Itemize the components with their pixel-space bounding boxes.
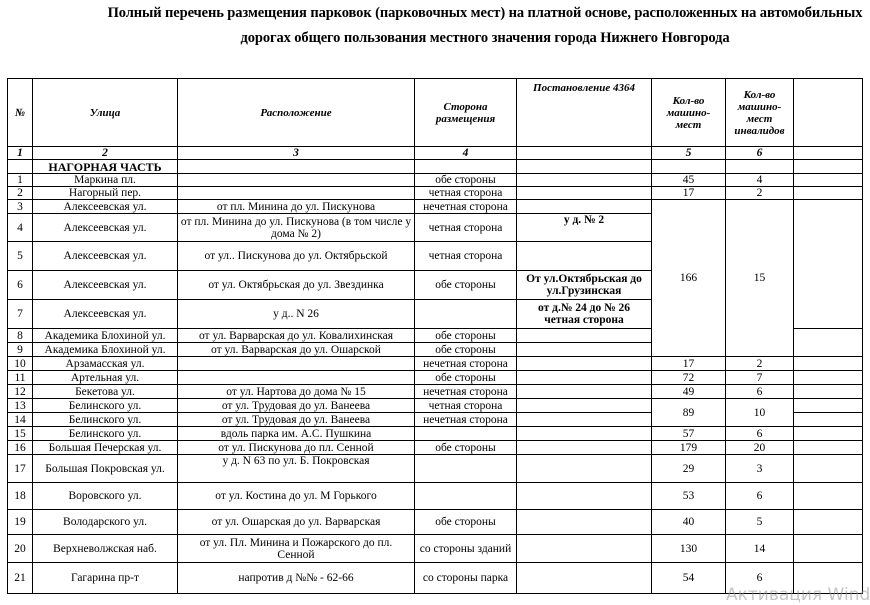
disabled-spaces-count: 6 — [726, 427, 794, 441]
street-name: Маркина пл. — [33, 174, 178, 187]
location: у д.. N 26 — [178, 300, 415, 329]
placement-side: обе стороны — [415, 441, 517, 455]
table-row: 18Воровского ул.от ул. Костина до ул. М … — [8, 483, 863, 510]
header-side: Сторона размещения — [415, 79, 517, 147]
decree-note — [517, 535, 652, 563]
location: от ул. Трудовая до ул. Ванеева — [178, 399, 415, 413]
placement-side: нечетная сторона — [415, 200, 517, 214]
table-row: 20Верхневолжская наб.от ул. Пл. Минина и… — [8, 535, 863, 563]
header-disabled-spaces: Кол-во машино-мест инвалидов — [726, 79, 794, 147]
disabled-spaces-count: 7 — [726, 371, 794, 385]
row-number: 2 — [8, 187, 33, 200]
location — [178, 174, 415, 187]
disabled-spaces-count: 3 — [726, 455, 794, 483]
placement-side: нечетная сторона — [415, 357, 517, 371]
index-cell — [794, 147, 863, 160]
decree-note — [517, 357, 652, 371]
spaces-count: 49 — [652, 385, 726, 399]
decree-note: у д. № 2 — [517, 214, 652, 242]
placement-side: нечетная сторона — [415, 385, 517, 399]
disabled-spaces-count: 4 — [726, 174, 794, 187]
table-row: 13Белинского ул.от ул. Трудовая до ул. В… — [8, 399, 863, 413]
extra-cell — [794, 535, 863, 563]
spaces-count: 166 — [652, 200, 726, 357]
extra-cell — [794, 187, 863, 200]
extra-cell — [794, 357, 863, 371]
table-row: 10Арзамасская ул.нечетная сторона172 — [8, 357, 863, 371]
street-name: Алексеевская ул. — [33, 242, 178, 271]
street-name: Володарского ул. — [33, 510, 178, 535]
placement-side: четная сторона — [415, 399, 517, 413]
placement-side: со стороны парка — [415, 563, 517, 594]
index-cell: 3 — [178, 147, 415, 160]
placement-side: обе стороны — [415, 510, 517, 535]
table-row: 1Маркина пл.обе стороны454 — [8, 174, 863, 187]
street-name: Академика Блохиной ул. — [33, 343, 178, 357]
parking-table: № Улица Расположение Сторона размещения … — [7, 78, 863, 594]
row-number: 3 — [8, 200, 33, 214]
placement-side — [415, 300, 517, 329]
spaces-count: 54 — [652, 563, 726, 594]
location: от ул. Ошарская до ул. Варварская — [178, 510, 415, 535]
disabled-spaces-count: 6 — [726, 483, 794, 510]
document-title-line-1: Полный перечень размещения парковок (пар… — [60, 5, 870, 22]
decree-note — [517, 399, 652, 413]
table-row: 3Алексеевская ул.от пл. Минина до ул. Пи… — [8, 200, 863, 214]
spaces-count: 72 — [652, 371, 726, 385]
table-row: 16Большая Печерская ул.от ул. Пискунова … — [8, 441, 863, 455]
index-cell: 2 — [33, 147, 178, 160]
table-row: 11Артельная ул.обе стороны727 — [8, 371, 863, 385]
decree-note — [517, 427, 652, 441]
row-number: 16 — [8, 441, 33, 455]
row-number: 5 — [8, 242, 33, 271]
placement-side — [415, 455, 517, 483]
header-location: Расположение — [178, 79, 415, 147]
extra-cell — [794, 441, 863, 455]
street-name: Воровского ул. — [33, 483, 178, 510]
row-number: 9 — [8, 343, 33, 357]
extra-cell — [794, 455, 863, 483]
decree-note — [517, 441, 652, 455]
location: от пл. Минина до ул. Пискунова (в том чи… — [178, 214, 415, 242]
row-number: 1 — [8, 174, 33, 187]
spaces-count: 17 — [652, 357, 726, 371]
location: от ул. Варварская до ул. Ковалихинская — [178, 329, 415, 343]
header-num: № — [8, 79, 33, 147]
decree-note — [517, 510, 652, 535]
header-row: № Улица Расположение Сторона размещения … — [8, 79, 863, 147]
street-name: Академика Блохиной ул. — [33, 329, 178, 343]
decree-note — [517, 455, 652, 483]
row-number: 4 — [8, 214, 33, 242]
spaces-count: 29 — [652, 455, 726, 483]
street-name: Артельная ул. — [33, 371, 178, 385]
placement-side: обе стороны — [415, 343, 517, 357]
table-row: 15Белинского ул.вдоль парка им. А.С. Пуш… — [8, 427, 863, 441]
decree-note — [517, 563, 652, 594]
spaces-count: 53 — [652, 483, 726, 510]
street-name: Гагарина пр-т — [33, 563, 178, 594]
extra-cell — [794, 385, 863, 399]
table-row: 17Большая Покровская ул.у д. N 63 по ул.… — [8, 455, 863, 483]
decree-note: от д.№ 24 до № 26 четная сторона — [517, 300, 652, 329]
decree-note — [517, 413, 652, 427]
placement-side — [415, 483, 517, 510]
placement-side: обе стороны — [415, 329, 517, 343]
extra-cell — [794, 413, 863, 427]
location: вдоль парка им. А.С. Пушкина — [178, 427, 415, 441]
street-name: Алексеевская ул. — [33, 271, 178, 300]
disabled-spaces-count: 20 — [726, 441, 794, 455]
row-number: 21 — [8, 563, 33, 594]
disabled-spaces-count: 6 — [726, 385, 794, 399]
placement-side: обе стороны — [415, 371, 517, 385]
row-number: 17 — [8, 455, 33, 483]
row-number: 18 — [8, 483, 33, 510]
row-number: 20 — [8, 535, 33, 563]
index-cell: 4 — [415, 147, 517, 160]
disabled-spaces-count: 14 — [726, 535, 794, 563]
disabled-spaces-count: 2 — [726, 357, 794, 371]
spaces-count: 89 — [652, 399, 726, 427]
street-name: Нагорный пер. — [33, 187, 178, 200]
row-number: 12 — [8, 385, 33, 399]
street-name: Белинского ул. — [33, 399, 178, 413]
index-cell — [517, 147, 652, 160]
extra-cell — [794, 200, 863, 329]
decree-note — [517, 200, 652, 214]
street-name: Бекетова ул. — [33, 385, 178, 399]
extra-cell — [794, 427, 863, 441]
decree-note — [517, 329, 652, 343]
street-name: Верхневолжская наб. — [33, 535, 178, 563]
location — [178, 187, 415, 200]
spaces-count: 57 — [652, 427, 726, 441]
location: от ул. Пискунова до пл. Сенной — [178, 441, 415, 455]
decree-note — [517, 483, 652, 510]
decree-note — [517, 385, 652, 399]
table-row: 2Нагорный пер.четная сторона172 — [8, 187, 863, 200]
decree-note — [517, 343, 652, 357]
section-row: НАГОРНАЯ ЧАСТЬ — [8, 160, 863, 174]
decree-note — [517, 242, 652, 271]
index-cell: 1 — [8, 147, 33, 160]
extra-cell — [794, 399, 863, 413]
street-name: Алексеевская ул. — [33, 200, 178, 214]
decree-note — [517, 187, 652, 200]
location: напротив д №№ - 62-66 — [178, 563, 415, 594]
disabled-spaces-count: 10 — [726, 399, 794, 427]
placement-side: четная сторона — [415, 214, 517, 242]
extra-cell — [794, 174, 863, 187]
extra-cell — [794, 510, 863, 535]
header-extra — [794, 79, 863, 147]
extra-cell — [794, 371, 863, 385]
header-street: Улица — [33, 79, 178, 147]
disabled-spaces-count: 2 — [726, 187, 794, 200]
row-number: 6 — [8, 271, 33, 300]
table-row: 12Бекетова ул.от ул. Нартова до дома № 1… — [8, 385, 863, 399]
row-number: 15 — [8, 427, 33, 441]
street-name: Большая Печерская ул. — [33, 441, 178, 455]
decree-note: От ул.Октябрьская до ул.Грузинская — [517, 271, 652, 300]
placement-side: обе стороны — [415, 174, 517, 187]
row-number: 11 — [8, 371, 33, 385]
spaces-count: 179 — [652, 441, 726, 455]
index-cell: 6 — [726, 147, 794, 160]
windows-activation-watermark: Активация Windows — [726, 585, 870, 605]
header-spaces: Кол-во машино-мест — [652, 79, 726, 147]
extra-cell — [794, 483, 863, 510]
row-number: 8 — [8, 329, 33, 343]
row-number: 13 — [8, 399, 33, 413]
section-title: НАГОРНАЯ ЧАСТЬ — [33, 160, 178, 174]
document-title-line-2: дорогах общего пользования местного знач… — [60, 30, 870, 47]
street-name: Большая Покровская ул. — [33, 455, 178, 483]
decree-note — [517, 174, 652, 187]
placement-side — [415, 427, 517, 441]
street-name: Арзамасская ул. — [33, 357, 178, 371]
disabled-spaces-count: 15 — [726, 200, 794, 357]
table-row: 19Володарского ул.от ул. Ошарская до ул.… — [8, 510, 863, 535]
location — [178, 371, 415, 385]
disabled-spaces-count: 5 — [726, 510, 794, 535]
index-cell: 5 — [652, 147, 726, 160]
spaces-count: 45 — [652, 174, 726, 187]
placement-side: со стороны зданий — [415, 535, 517, 563]
location: от пл. Минина до ул. Пискунова — [178, 200, 415, 214]
row-number: 7 — [8, 300, 33, 329]
column-index-row: 1 2 3 4 5 6 — [8, 147, 863, 160]
placement-side: нечетная сторона — [415, 413, 517, 427]
location: от ул. Трудовая до ул. Ванеева — [178, 413, 415, 427]
location: от ул.. Пискунова до ул. Октябрьской — [178, 242, 415, 271]
spaces-count: 40 — [652, 510, 726, 535]
location: от ул. Нартова до дома № 15 — [178, 385, 415, 399]
extra-cell — [794, 329, 863, 357]
row-number: 19 — [8, 510, 33, 535]
street-name: Алексеевская ул. — [33, 214, 178, 242]
placement-side: обе стороны — [415, 271, 517, 300]
decree-note — [517, 371, 652, 385]
location: от ул. Пл. Минина и Пожарского до пл. Се… — [178, 535, 415, 563]
location: от ул. Октябрьская до ул. Звездинка — [178, 271, 415, 300]
street-name: Белинского ул. — [33, 427, 178, 441]
header-decree: Постановление 4364 — [517, 79, 652, 147]
street-name: Белинского ул. — [33, 413, 178, 427]
spaces-count: 130 — [652, 535, 726, 563]
location — [178, 357, 415, 371]
placement-side: четная сторона — [415, 187, 517, 200]
row-number: 10 — [8, 357, 33, 371]
location: от ул. Костина до ул. М Горького — [178, 483, 415, 510]
location: от ул. Варварская до ул. Ошарской — [178, 343, 415, 357]
location: у д. N 63 по ул. Б. Покровская — [178, 455, 415, 483]
spaces-count: 17 — [652, 187, 726, 200]
placement-side: четная сторона — [415, 242, 517, 271]
street-name: Алексеевская ул. — [33, 300, 178, 329]
row-number: 14 — [8, 413, 33, 427]
